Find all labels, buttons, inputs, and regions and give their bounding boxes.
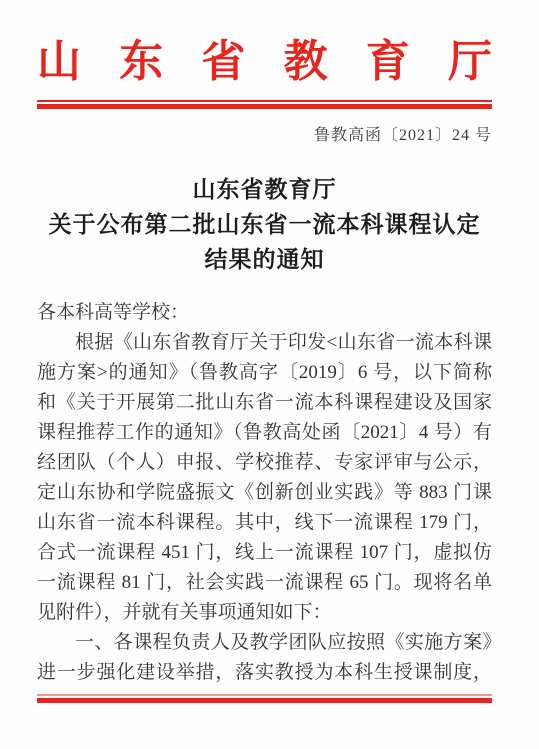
body-line: 根据《山东省教育厅关于印发<山东省一流本科课程建设实 <box>37 328 492 358</box>
agency-name: 山东省教育厅 <box>37 33 492 90</box>
body-line: 课程推荐工作的通知》（鲁教高处函〔2021〕4 号）有关规定， <box>37 418 492 448</box>
document-title: 山东省教育厅 关于公布第二批山东省一流本科课程认定 结果的通知 <box>37 172 492 277</box>
title-line-2: 关于公布第二批山东省一流本科课程认定 <box>37 207 492 242</box>
title-line-3: 结果的通知 <box>37 242 492 277</box>
body-line: 定山东协和学院盛振文《创新创业实践》等 883 门课程为第二批 <box>37 478 492 508</box>
body-line: 施方案>的通知》（鲁教高字〔2019〕6 号，以下简称《实施方案》） <box>37 358 492 388</box>
body-line: 见附件），并就有关事项通知如下： <box>37 598 492 628</box>
title-line-1: 山东省教育厅 <box>37 172 492 207</box>
document-body: 各本科高等学校： 根据《山东省教育厅关于印发<山东省一流本科课程建设实 施方案>… <box>37 298 492 688</box>
salutation: 各本科高等学校： <box>37 298 492 328</box>
body-line: 和《关于开展第二批山东省一流本科课程建设及国家级一流本科 <box>37 388 492 418</box>
body-line: 一、各课程负责人及教学团队应按照《实施方案》要求， <box>37 628 492 658</box>
body-line: 合式一流课程 451 门，线上一流课程 107 门，虚拟仿真实验教学 <box>37 538 492 568</box>
document-page: 山东省教育厅 鲁教高函〔2021〕24 号 山东省教育厅 关于公布第二批山东省一… <box>0 0 539 749</box>
footer-divider <box>37 694 492 703</box>
document-content: 山东省教育厅 鲁教高函〔2021〕24 号 山东省教育厅 关于公布第二批山东省一… <box>37 33 492 703</box>
body-line: 一流课程 81 门，社会实践一流课程 65 门。现将名单予以公布（详 <box>37 568 492 598</box>
body-line: 经团队（个人）申报、学校推荐、专家评审与公示，我厅决定认 <box>37 448 492 478</box>
divider-thick-line <box>37 104 492 109</box>
document-number: 鲁教高函〔2021〕24 号 <box>37 126 492 146</box>
body-line: 山东省一流本科课程。其中，线下一流课程 179 门，线上线下混 <box>37 508 492 538</box>
letterhead-divider <box>37 100 492 109</box>
divider-thick-line <box>37 698 492 703</box>
body-line: 进一步强化建设举措，落实教授为本科生授课制度，更新教学 <box>37 658 492 688</box>
